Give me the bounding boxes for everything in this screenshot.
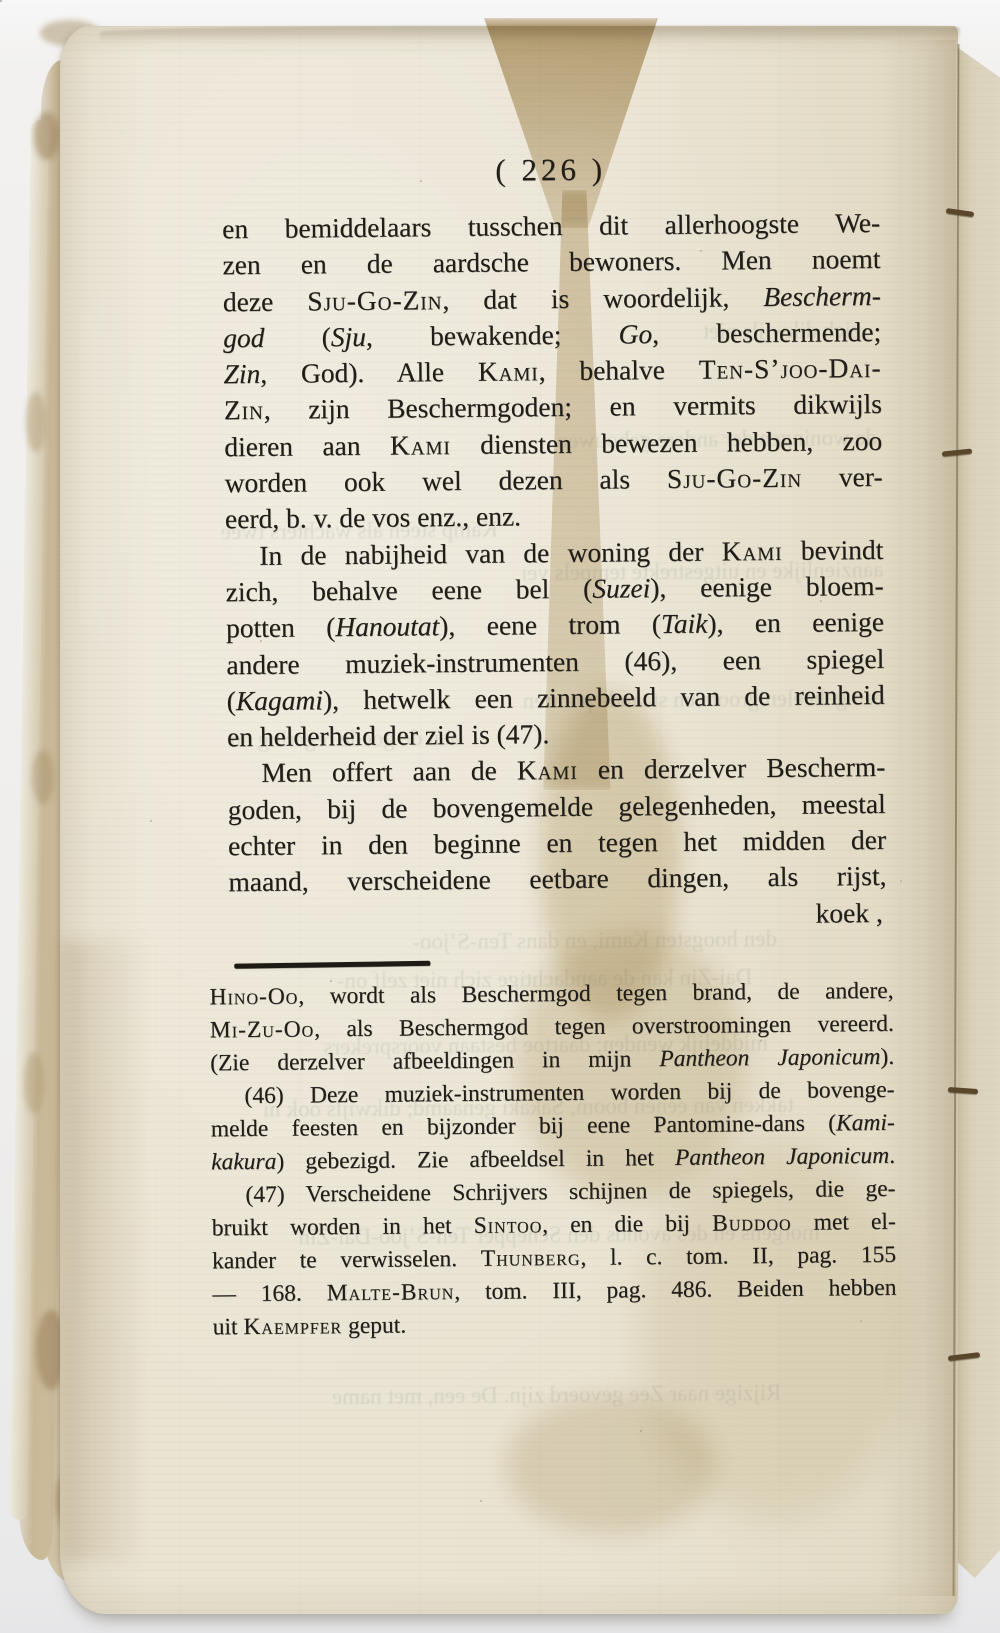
text-segment: Sju-Go-Zin [307,284,442,316]
text-segment: Ten-S’joo-Dai- [699,352,882,385]
text-line: (Kagami), hetwelk een zinnebeeld van de … [227,677,885,720]
text-segment: (Zie derzelver afbeeldingen in mijn [210,1046,659,1076]
ghost-text: Rijzige naar Zee gevoerd zijn. De een, m… [311,1380,781,1411]
text-segment: zen en de aardsche bewoners. Men noemt [222,243,880,280]
text-line: Men offert aan de Kami en derzelver Besc… [227,749,885,792]
text-segment: en derzelver Bescherm- [578,751,886,785]
footnote-text-block: Hino-Oo, wordt als Beschermgod tegen bra… [209,975,896,1345]
text-segment: Sju-Go-Zin [667,462,802,494]
text-segment: , zijn Beschermgoden; en vermits dikwijl… [264,388,882,425]
paper-specks [0,0,2,2]
text-segment: met el- [791,1209,895,1236]
text-segment: , bewakende; [366,318,619,351]
text-line: dieren aan Kami diensten bewezen hebben,… [224,423,882,466]
text-segment: Kami [517,754,578,786]
text-segment: eerd, b. v. de vos enz., enz. [225,501,521,535]
text-line: zen en de aardsche bewoners. Men noemt [222,241,880,284]
page-number: ( 226 ) [221,149,879,191]
text-segment: In de nabijheid van de woning der [259,535,722,570]
text-segment: Buddoo [712,1210,792,1237]
text-segment: (47) Verscheidene Schrijvers schijnen de… [245,1176,895,1208]
text-segment: Zin [224,394,264,425]
text-segment: en helderheid der ziel is (47). [227,718,550,752]
text-segment: Thunberg [481,1245,581,1272]
text-segment: deze [223,285,308,317]
text-segment: bevindt [782,534,883,566]
text-segment: — 168. [212,1280,327,1307]
text-line: worden ook wel dezen als Sju-Go-Zin ver- [224,459,882,502]
text-segment: Pantheon Japonicum [659,1044,880,1072]
text-line: koek , [229,895,887,938]
text-segment: , behalve [539,354,699,387]
text-line: potten (Hanoutat), eene trom (Taik), en … [226,604,884,647]
text-segment: geput. [342,1313,406,1340]
text-segment: ). [880,1044,894,1070]
text-segment: andere muziek-instrumenten (46), een spi… [226,642,884,679]
photo-background: zich dikwijls nietde woningen der andere… [0,0,1000,1633]
text-segment: Kami- [836,1110,895,1137]
text-line: echter in den beginne en tegen het midde… [228,822,886,865]
text-segment: , wordt als Beschermgod tegen brand, de … [298,978,893,1010]
text-segment: ) gebezigd. Zie afbeeldsel in het [276,1145,675,1175]
text-segment: echter in den beginne en tegen het midde… [228,824,886,861]
text-segment: en bemiddelaars tusschen dit allerhoogst… [222,207,880,244]
text-line: god (Sju, bewakende; Go, beschermende; [223,314,881,357]
text-segment: Go [618,318,652,349]
text-segment: god [223,322,265,353]
text-segment: ( [264,321,331,353]
text-segment: Kaempfer [243,1313,342,1340]
text-segment: , dat is woordelijk, [442,281,763,315]
text-segment: potten ( [226,611,336,643]
text-segment: , tom. III, pag. 486. Beiden hebben [454,1275,896,1305]
text-line: In de nabijheid van de woning der Kami b… [225,532,883,575]
text-segment: Zin [223,358,260,389]
text-line: deze Sju-Go-Zin, dat is woordelijk, Besc… [223,278,881,321]
text-segment: Suzei [592,572,650,604]
text-segment: Mi-Zu-Oo [210,1016,315,1043]
text-segment: diensten bewezen hebben, zoo [451,425,883,460]
text-segment: bruikt worden in het [212,1213,474,1242]
text-segment: kakura [211,1149,277,1176]
text-segment: worden ook wel dezen als [224,463,667,498]
show-through-text-layer: zich dikwijls nietde woningen der andere… [0,0,998,5]
text-segment: maand, verscheidene eetbare dingen, als … [228,860,886,897]
text-line: en bemiddelaars tusschen dit allerhoogst… [222,205,880,248]
text-segment: kander te verwisselen. [212,1246,481,1275]
footnote-separator [234,961,430,969]
text-line: uit Kaempfer geput. [213,1305,897,1345]
text-segment: Kami [390,429,451,461]
text-segment: ), hetwelk een zinnebeeld van de reinhei… [323,679,885,715]
text-segment: zich, behalve eene bel ( [225,573,592,608]
text-segment: (46) Deze muziek-instrumenten worden bij… [244,1077,894,1109]
text-segment: koek , [815,897,883,929]
text-line: — 168. Malte-Brun, tom. III, pag. 486. B… [212,1272,896,1312]
text-segment: . [889,1143,895,1169]
text-segment: , l. c. tom. II, pag. 155 [580,1242,896,1271]
text-line: zich, behalve eene bel (Suzei), eenige b… [225,568,883,611]
text-line: maand, verscheidene eetbare dingen, als … [228,858,886,901]
text-segment: , en die bij [542,1211,712,1239]
text-segment: , God). Alle [260,356,478,389]
printed-content: zich dikwijls nietde woningen der andere… [0,0,1000,1633]
text-line: Zin, God). Alle Kami, behalve Ten-S’joo-… [223,350,881,393]
text-segment: Hanoutat [335,610,439,642]
text-segment: Kami [722,535,783,567]
text-segment: ), eenige bloem- [650,570,884,603]
text-segment: Malte-Brun [327,1279,455,1306]
body-text-block: en bemiddelaars tusschen dit allerhoogst… [222,205,887,937]
text-segment: , beschermende; [652,316,881,349]
text-segment: uit [213,1314,244,1340]
text-segment: ), eene trom ( [439,608,661,641]
text-segment: Sju [331,321,366,352]
text-line: eerd, b. v. de vos enz., enz. [225,495,883,538]
text-line: andere muziek-instrumenten (46), een spi… [226,640,884,683]
text-segment: Bescherm- [763,280,881,312]
text-segment: Men offert aan de [261,755,517,788]
text-segment: ( [227,685,236,716]
text-segment: Hino-Oo [209,984,298,1011]
text-segment: Kami [478,355,539,387]
text-line: goden, bij de bovengemelde gelegenheden,… [228,786,886,829]
text-segment: ), en eenige [707,606,884,639]
text-segment: ver- [802,461,883,493]
text-line: en helderheid der ziel is (47). [227,713,885,756]
text-segment: Kagami [236,684,323,716]
text-segment: Taik [661,608,708,639]
text-line: Zin, zijn Beschermgoden; en vermits dikw… [224,386,882,429]
text-segment: melde feesten en bijzonder bij eene Pant… [211,1110,836,1142]
text-segment: dieren aan [224,429,390,462]
text-segment: , als Beschermgod tegen overstroomingen … [314,1011,894,1043]
text-segment: Pantheon Japonicum [675,1143,890,1171]
text-segment: Sintoo [474,1212,543,1239]
text-segment: goden, bij de bovengemelde gelegenheden,… [228,788,886,825]
